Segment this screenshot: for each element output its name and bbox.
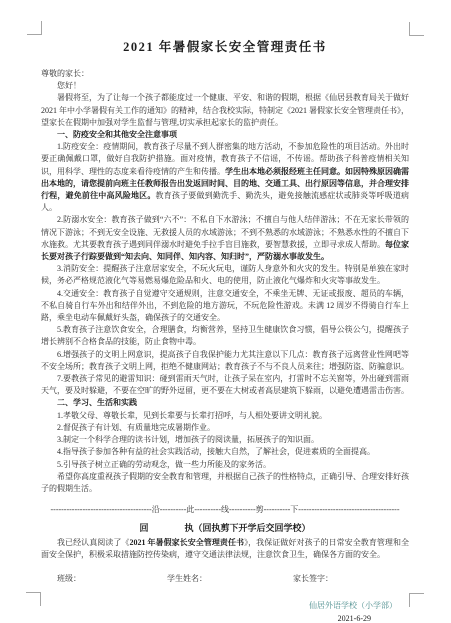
paragraph-text: 3.消防安全：提醒孩子注意居家安全，不玩火玩电，谨防人身意外和火灾的发生。特别是…	[41, 264, 409, 285]
signature-fields: 班级： 学生姓名： 家长签字：	[41, 573, 409, 584]
paragraph-text: 2.防溺水安全：教育孩子做到“六不”：不私自下水游泳；不擅自与他人结伴游泳；不在…	[41, 215, 409, 248]
paragraph-fire-safety: 3.消防安全：提醒孩子注意居家安全，不玩火玩电，谨防人身意外和火灾的发生。特别是…	[41, 263, 409, 287]
paragraph-drowning-prevention: 2.防溺水安全：教育孩子做到“六不”：不私自下水游泳；不擅自与他人结伴游泳；不在…	[41, 214, 409, 263]
salutation: 尊敬的家长：	[41, 68, 409, 80]
paragraph-text: 7.要教孩子常见的避雷知识：碰到雷雨天气时，让孩子呆在室内，打雷时不忘关窗等，外…	[41, 374, 409, 395]
crop-mark-bottom-right	[409, 593, 424, 607]
practice-item-homework: 2.督促孩子有计划、有质量地完成暑期作业。	[41, 422, 409, 434]
crop-mark-top-left	[27, 21, 42, 35]
paragraph-lightning-safety: 7.要教孩子常见的避雷知识：碰到雷雨天气时，让孩子呆在室内，打雷时不忘关窗等，外…	[41, 373, 409, 397]
class-field-label: 班级：	[57, 573, 81, 584]
paragraph-epidemic-safety: 1.防疫安全：疫情期间，教育孩子尽量不到人群密集的地方活动，不参加危险性的项目活…	[41, 141, 409, 214]
practice-item-respect: 1.孝敬父母、尊敬长辈，见到长辈要与长辈打招呼，与人相处要讲文明礼貌。	[41, 410, 409, 422]
school-name: 仙居外语学校（小学部）	[41, 599, 397, 612]
document-content: 2021 年暑假家长安全管理责任书 尊敬的家长： 您好！ 暑假将至，为了让每一个…	[41, 34, 409, 623]
crop-mark-bottom-left	[26, 592, 41, 606]
paragraph-text: 4.交通安全：教育孩子自觉遵守交通规则，注意交通安全，不乘坐无牌、无证或报废、超…	[41, 289, 409, 322]
paragraph-food-safety: 5.教育孩子注意饮食安全，合理膳食，均衡营养，坚持卫生健康饮食习惯，倡导公筷公勺…	[41, 324, 409, 348]
intro-paragraph: 暑假将至，为了让每一个孩子都能度过一个健康、平安、和谐的假期，根据《仙居县教育局…	[41, 92, 409, 129]
cut-line: --------------------------------------沿-…	[41, 504, 409, 516]
practice-item-reading: 3.制定一个科学合理的读书计划，增加孩子的阅读量，拓展孩子的知识面。	[41, 434, 409, 446]
practice-item-social: 4.指导孩子参加各种有益的社会实践活动，接触大自然，了解社会，促进素质的全面提高…	[41, 446, 409, 458]
paragraph-text: 5.教育孩子注意饮食安全，合理膳食，均衡营养，坚持卫生健康饮食习惯，倡导公筷公勺…	[41, 325, 409, 346]
student-name-field-label: 学生姓名：	[167, 573, 207, 584]
crop-mark-top-right	[409, 22, 424, 36]
receipt-text: 我已经认真阅读了《	[57, 538, 129, 547]
paragraph-traffic-safety: 4.交通安全：教育孩子自觉遵守交通规则，注意交通安全，不乘坐无牌、无证或报废、超…	[41, 288, 409, 325]
receipt-title: 回 执（回执剪下开学后交回学校）	[41, 521, 409, 534]
closing-paragraph: 希望你高度重视孩子假期的安全教育和管理，并根据自己孩子的性格特点，正确引导、合理…	[41, 471, 409, 495]
receipt-paragraph: 我已经认真阅读了《2021 年暑假家长安全管理责任书》，我保证做好对孩子的日常安…	[41, 537, 409, 561]
paragraph-text: 6.增强孩子的文明上网意识，提高孩子自我保护能力尤其注意以下几点：教育孩子远离营…	[41, 350, 409, 371]
document-page: 2021 年暑假家长安全管理责任书 尊敬的家长： 您好！ 暑假将至，为了让每一个…	[0, 0, 451, 623]
paragraph-internet-safety: 6.增强孩子的文明上网意识，提高孩子自我保护能力尤其注意以下几点：教育孩子远离营…	[41, 349, 409, 373]
signature-block: 仙居外语学校（小学部） 2021-6-29	[41, 599, 409, 623]
section-heading-practice: 二、学习、生活和实践	[41, 397, 409, 409]
practice-item-labor: 5.引导孩子树立正确的劳动观念，做一些力所能及的家务活。	[41, 459, 409, 471]
greeting: 您好！	[41, 80, 409, 92]
parent-signature-field-label: 家长签字：	[293, 573, 333, 584]
section-heading-safety: 一、防疫安全和其他安全注意事项	[41, 129, 409, 141]
document-title: 2021 年暑假家长安全管理责任书	[41, 37, 409, 55]
receipt-bold-text: 2021 年暑假家长安全管理责任书	[129, 538, 244, 547]
signature-date: 2021-6-29	[41, 612, 397, 623]
